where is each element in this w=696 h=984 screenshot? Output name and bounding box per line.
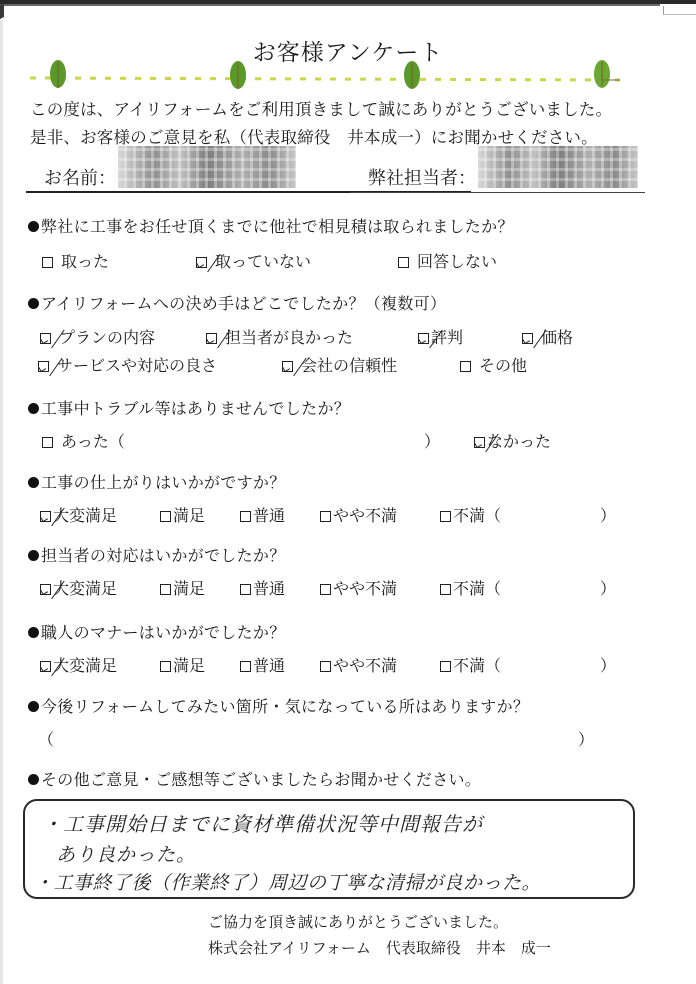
question-4: 工事の仕上がりはいかがですか？	[28, 470, 286, 493]
option-label: プランの内容	[59, 328, 155, 347]
q4-option-2[interactable]: 満足	[160, 503, 205, 526]
option-label: 会社の信頼性	[301, 356, 397, 375]
option-label: 取っていない	[215, 252, 311, 271]
intro-line-2: 是非、お客様のご意見を私（代表取締役 井本成一）にお聞かせください。	[30, 124, 598, 148]
checkbox-checked[interactable]	[38, 361, 49, 372]
checkbox[interactable]	[160, 584, 171, 595]
option-label: 不満（	[453, 506, 501, 525]
checkbox-checked[interactable]	[196, 257, 207, 268]
q2-option-2[interactable]: 担当者が良かった	[206, 325, 353, 348]
bullet-icon	[28, 550, 39, 561]
question-text: 弊社に工事をお任せ頂くまでに他社で相見積は取られましたか？	[41, 217, 514, 236]
intro-line-1: この度は、アイリフォームをご利用頂きまして誠にありがとうございました。	[30, 96, 612, 120]
bullet-icon	[28, 221, 39, 232]
q1-option-2[interactable]: 取っていない	[196, 249, 311, 272]
question-6: 職人のマナーはいかがでしたか？	[28, 620, 286, 643]
question-7: 今後リフォームしてみたい箇所・気になっている所はありますか？	[28, 694, 529, 717]
question-text: 担当者の対応はいかがでしたか？	[41, 546, 286, 565]
handwritten-comment-line-2: あり良かった。	[56, 840, 196, 867]
checkbox-checked[interactable]	[282, 361, 293, 372]
q2-option-7[interactable]: その他	[460, 353, 527, 376]
closing-thanks: ご協力を頂き誠にありがとうございました。	[208, 911, 508, 932]
checkbox[interactable]	[240, 661, 251, 672]
q5-option-1[interactable]: 大変満足	[40, 576, 117, 599]
question-text: 今後リフォームしてみたい箇所・気になっている所はありますか？	[41, 697, 529, 716]
checkbox[interactable]	[440, 661, 451, 672]
q5-option-2[interactable]: 満足	[160, 576, 205, 599]
q5-option-4[interactable]: やや不満	[320, 576, 397, 599]
checkbox[interactable]	[440, 584, 451, 595]
option-label: 満足	[173, 656, 205, 675]
scan-border-left	[0, 20, 3, 984]
question-5: 担当者の対応はいかがでしたか？	[28, 543, 286, 566]
question-text: 工事中トラブル等はありませんでしたか？	[41, 399, 350, 418]
question-2: アイリフォームへの決め手はどこでしたか？（複数可）	[28, 291, 446, 314]
option-label: サービスや対応の良さ	[57, 356, 217, 375]
question-text: 職人のマナーはいかがでしたか？	[41, 623, 286, 642]
q7-paren-open: （	[38, 727, 54, 750]
leaf-icon	[404, 61, 420, 89]
q6-option-5[interactable]: 不満（	[440, 653, 501, 676]
option-label: 回答しない	[417, 252, 497, 271]
checkbox-checked[interactable]	[40, 333, 51, 344]
q6-option-4[interactable]: やや不満	[320, 653, 397, 676]
closing-signature: 株式会社アイリフォーム 代表取締役 井本 成一	[208, 937, 551, 958]
q4-option-5[interactable]: 不満（	[440, 503, 501, 526]
question-text: その他ご意見・ご感想等ございましたらお聞かせください。	[41, 770, 481, 789]
scan-tab	[663, 6, 696, 15]
q6-option-2[interactable]: 満足	[160, 653, 205, 676]
option-label: 不満（	[453, 656, 501, 675]
option-label: やや不満	[333, 579, 397, 598]
customer-name-label: お名前：	[44, 164, 116, 190]
staff-label: 弊社担当者：	[368, 164, 476, 190]
option-label: やや不満	[333, 506, 397, 525]
q1-option-1[interactable]: 取った	[42, 249, 109, 272]
q5-option-5[interactable]: 不満（	[440, 576, 501, 599]
q4-paren-close: ）	[600, 503, 616, 526]
checkbox[interactable]	[320, 584, 331, 595]
bullet-icon	[28, 298, 39, 309]
leaf-dotted-line-decoration	[30, 56, 630, 92]
q5-option-3[interactable]: 普通	[240, 576, 285, 599]
q2-option-1[interactable]: プランの内容	[40, 325, 155, 348]
option-label: 普通	[253, 579, 285, 598]
q6-option-1[interactable]: 大変満足	[40, 653, 117, 676]
checkbox-checked[interactable]	[40, 661, 51, 672]
checkbox[interactable]	[460, 361, 471, 372]
dotted-line	[30, 78, 620, 80]
q5-paren-close: ）	[600, 576, 616, 599]
checkbox[interactable]	[240, 511, 251, 522]
checkbox[interactable]	[320, 511, 331, 522]
staff-underline	[350, 192, 645, 193]
scan-border-top-inner	[0, 4, 660, 6]
checkbox-checked[interactable]	[474, 437, 485, 448]
leaf-icon	[50, 60, 66, 88]
option-label: あった（	[61, 432, 125, 451]
question-1: 弊社に工事をお任せ頂くまでに他社で相見積は取られましたか？	[28, 214, 514, 237]
q4-option-1[interactable]: 大変満足	[40, 503, 117, 526]
bullet-icon	[28, 774, 39, 785]
option-label: 取った	[61, 252, 109, 271]
leaf-icon	[594, 60, 620, 88]
q6-option-3[interactable]: 普通	[240, 653, 285, 676]
bullet-icon	[28, 477, 39, 488]
checkbox[interactable]	[160, 511, 171, 522]
checkbox-checked[interactable]	[40, 511, 51, 522]
option-label: 普通	[253, 656, 285, 675]
q2-option-4[interactable]: 価格	[522, 325, 573, 348]
q2-option-5[interactable]: サービスや対応の良さ	[38, 353, 217, 376]
bullet-icon	[28, 403, 39, 414]
q4-option-3[interactable]: 普通	[240, 503, 285, 526]
handwritten-comment-line-3: ・工事終了後（作業終了）周辺の丁寧な清掃が良かった。	[34, 868, 541, 895]
staff-name-redacted	[478, 146, 638, 188]
q3-option-1[interactable]: あった（	[42, 429, 125, 452]
q4-option-4[interactable]: やや不満	[320, 503, 397, 526]
question-text: アイリフォームへの決め手はどこでしたか？（複数可）	[41, 294, 446, 313]
q1-option-3[interactable]: 回答しない	[398, 249, 497, 272]
q3-paren-close: ）	[424, 429, 440, 452]
option-label: 満足	[173, 579, 205, 598]
option-label: 普通	[253, 506, 285, 525]
checkbox[interactable]	[398, 257, 409, 268]
option-label: 不満（	[453, 579, 501, 598]
option-label: その他	[479, 356, 527, 375]
option-label: やや不満	[333, 656, 397, 675]
question-text: 工事の仕上がりはいかがですか？	[41, 473, 286, 492]
checkbox[interactable]	[320, 661, 331, 672]
checkbox[interactable]	[440, 511, 451, 522]
checkbox-checked[interactable]	[206, 333, 217, 344]
handwritten-comment-line-1: ・工事開始日までに資材準備状況等中間報告が	[42, 808, 483, 837]
checkbox[interactable]	[240, 584, 251, 595]
checkbox[interactable]	[160, 661, 171, 672]
checkbox-checked[interactable]	[418, 333, 429, 344]
customer-name-redacted	[118, 146, 296, 188]
checkbox-checked[interactable]	[522, 333, 533, 344]
checkbox-checked[interactable]	[40, 584, 51, 595]
checkbox[interactable]	[42, 257, 53, 268]
scan-corner	[0, 3, 4, 19]
q6-paren-close: ）	[600, 653, 616, 676]
bullet-icon	[28, 701, 39, 712]
q3-option-2[interactable]: なかった	[474, 429, 551, 452]
leaf-icon	[230, 61, 246, 89]
q2-option-6[interactable]: 会社の信頼性	[282, 353, 397, 376]
bullet-icon	[28, 627, 39, 638]
question-3: 工事中トラブル等はありませんでしたか？	[28, 396, 350, 419]
option-label: 担当者が良かった	[225, 328, 353, 347]
q7-paren-close: ）	[578, 727, 594, 750]
checkbox[interactable]	[42, 437, 53, 448]
q2-option-3[interactable]: 評判	[418, 325, 463, 348]
option-label: 満足	[173, 506, 205, 525]
question-8: その他ご意見・ご感想等ございましたらお聞かせください。	[28, 767, 481, 790]
